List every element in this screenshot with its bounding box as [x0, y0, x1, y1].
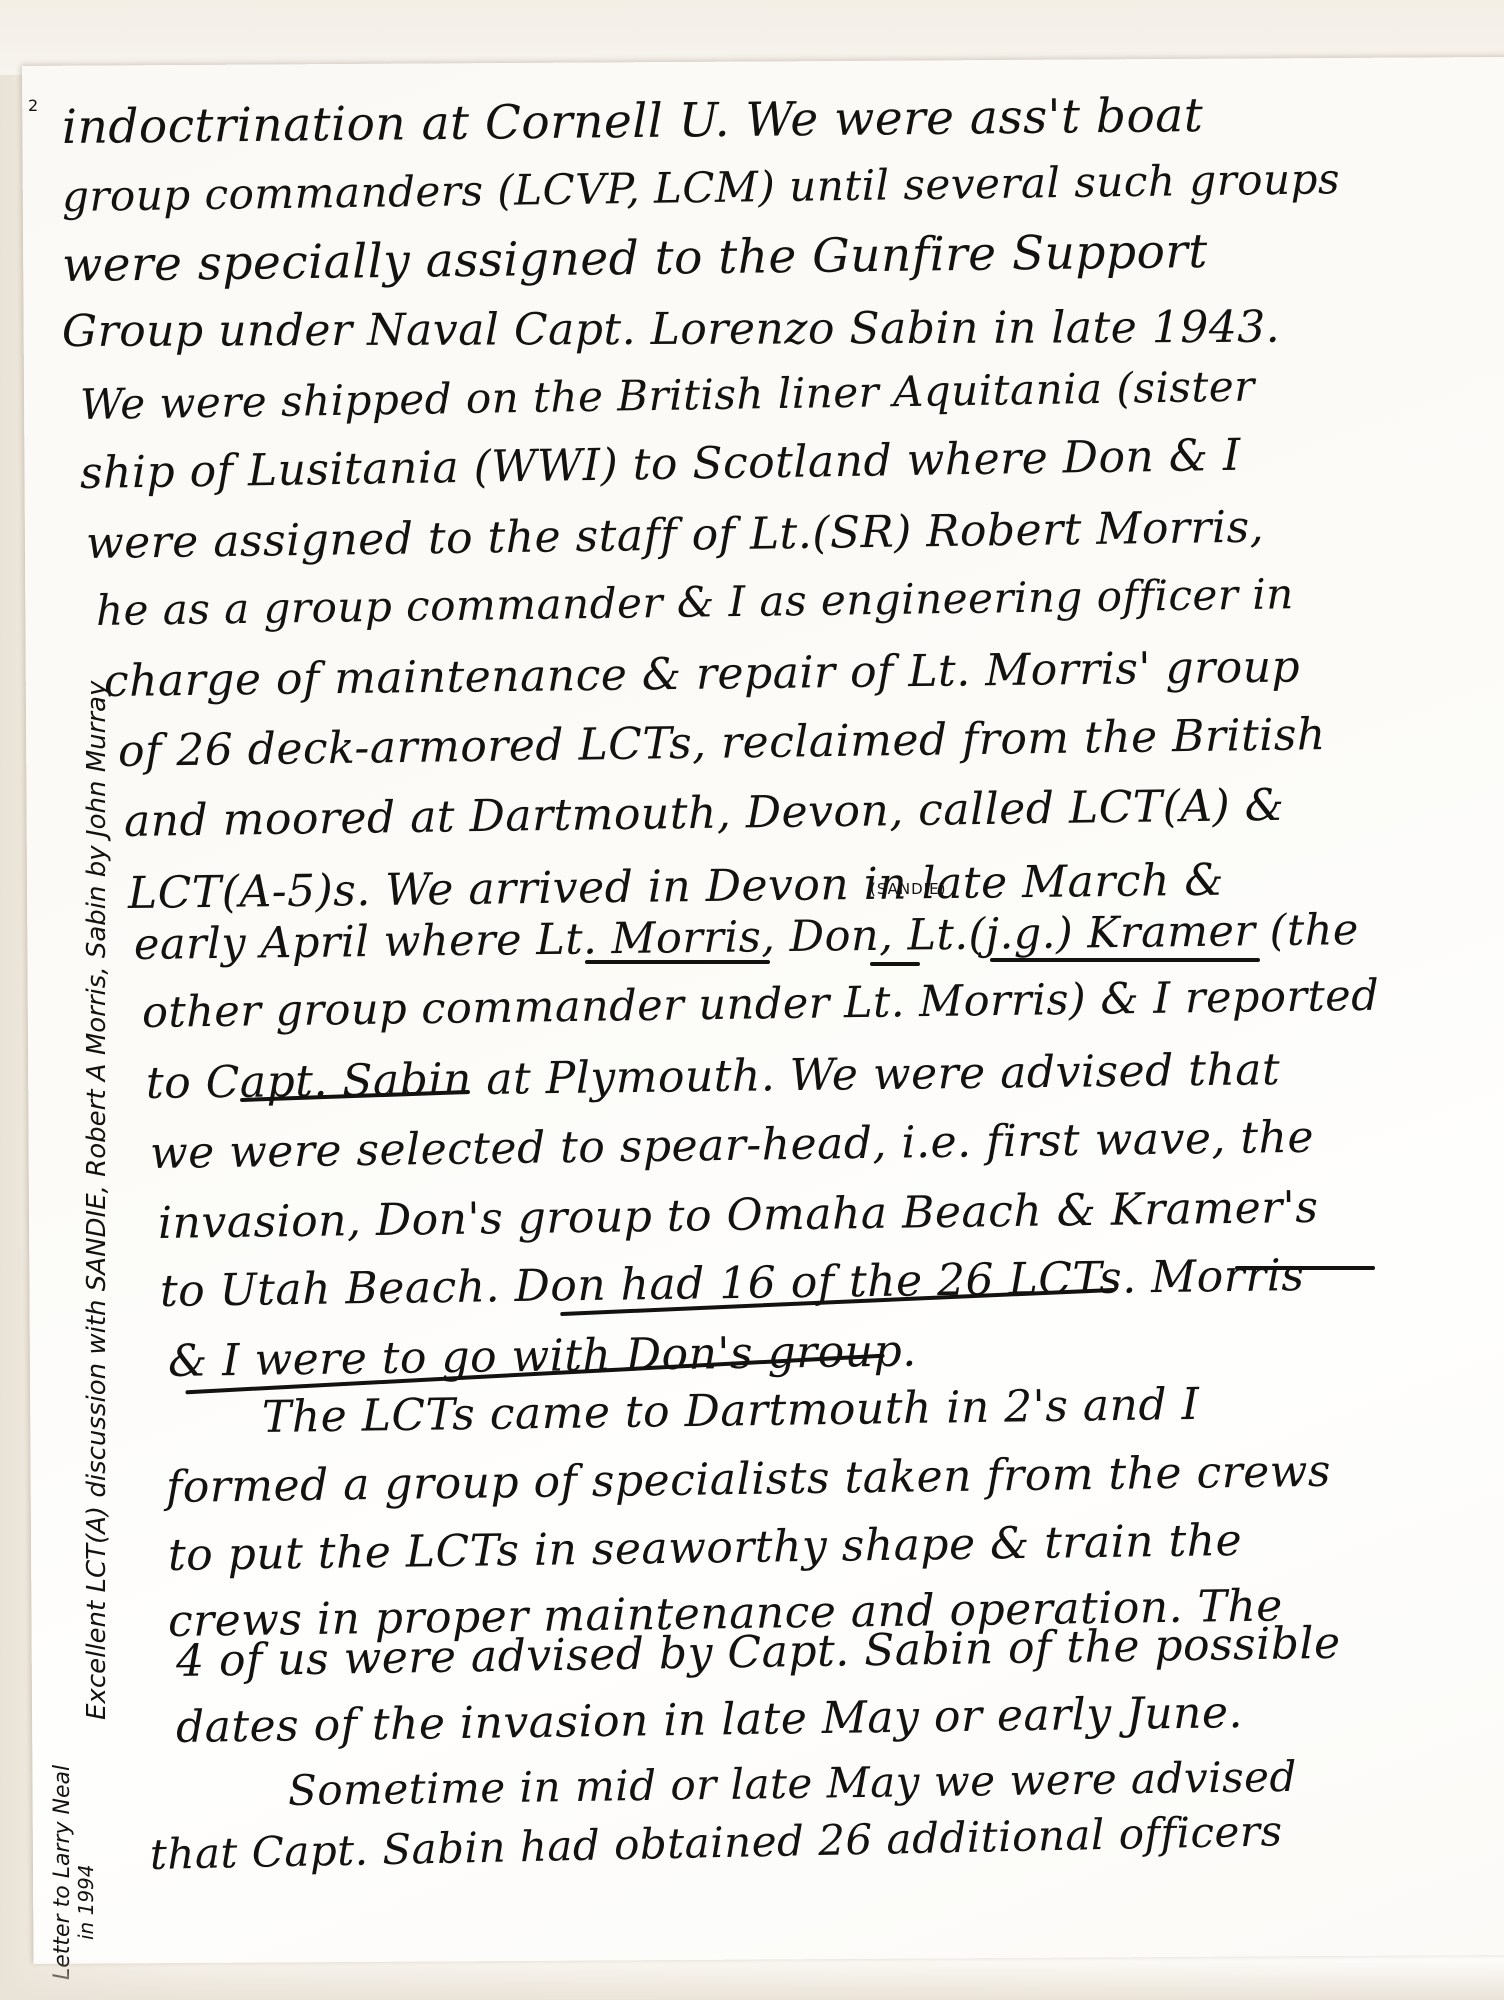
letter-line: & I were to go with Don's group.	[168, 1326, 917, 1387]
page-number-marker: 2	[28, 96, 38, 115]
underline-stroke	[585, 960, 770, 964]
letter-line: Group under Naval Capt. Lorenzo Sabin in…	[62, 302, 1280, 357]
margin-annotation-bottom-date: in 1994	[74, 1865, 98, 1941]
photo-background: 2 indoctrination at Cornell U. We were a…	[0, 0, 1504, 2000]
underline-stroke	[990, 958, 1260, 962]
margin-annotation-bottom: Letter to Larry Neal	[50, 1765, 75, 1980]
bottom-shadow	[0, 1960, 1504, 2000]
interlinear-annotation: (SANDIE)	[870, 880, 946, 898]
underline-stroke	[1235, 1266, 1375, 1270]
underline-stroke	[870, 962, 920, 966]
margin-annotation: Excellent LCT(A) discussion with SANDIE,…	[82, 681, 112, 1720]
